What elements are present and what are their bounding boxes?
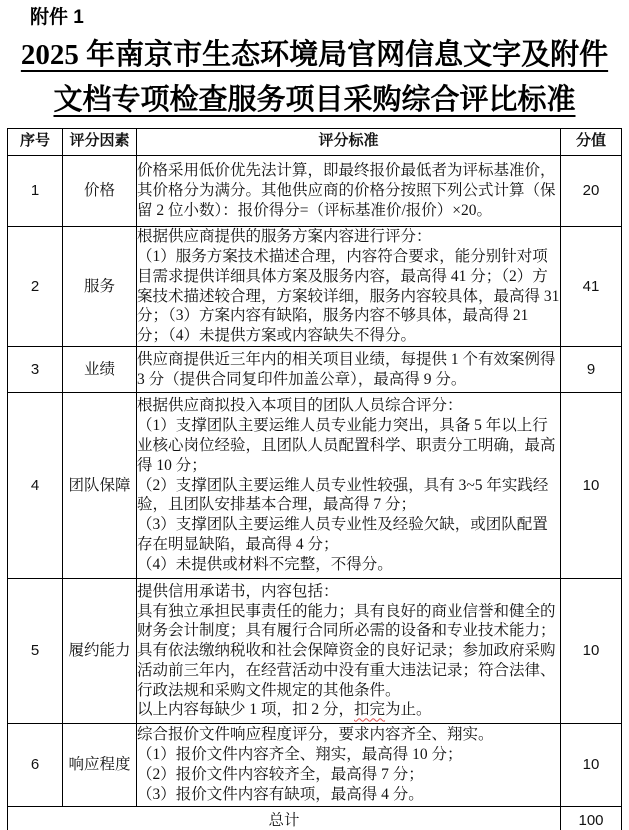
row-score: 10: [561, 393, 622, 579]
table-row-team: 4 团队保障 根据供应商拟投入本项目的团队人员综合评分： （1）支撑团队主要运维…: [8, 393, 622, 579]
attachment-label: 附件 1: [0, 0, 629, 30]
row-factor: 响应程度: [63, 724, 137, 807]
row-score: 9: [561, 347, 622, 393]
title-line-1: 2025 年南京市生态环境局官网信息文字及附件: [21, 39, 608, 71]
criteria-cell: 根据供应商拟投入本项目的团队人员综合评分： （1）支撑团队主要运维人员专业能力突…: [137, 393, 561, 579]
header-no: 序号: [8, 129, 63, 156]
criteria-cell: 根据供应商提供的服务方案内容进行评分： （1）服务方案技术描述合理，内容符合要求…: [137, 227, 561, 347]
row-factor: 服务: [63, 227, 137, 347]
row-no: 1: [8, 156, 63, 227]
row-no: 2: [8, 227, 63, 347]
criteria-cell: 提供信用承诺书，内容包括： 具有独立承担民事责任的能力；具有良好的商业信誉和健全…: [137, 579, 561, 724]
row-score: 10: [561, 579, 622, 724]
table-row-price: 1 价格 价格采用低价优先法计算，即最终报价最低者为评标基准价，其价格分为满分。…: [8, 156, 622, 227]
header-factor: 评分因素: [63, 129, 137, 156]
row-factor: 业绩: [63, 347, 137, 393]
row-no: 5: [8, 579, 63, 724]
criteria-cell: 综合报价文件响应程度评分，要求内容齐全、翔实。 （1）报价文件内容齐全、翔实，最…: [137, 724, 561, 807]
title-line-2: 文档专项检查服务项目采购综合评比标准: [53, 84, 575, 116]
row-factor: 团队保障: [63, 393, 137, 579]
spellcheck-wavy-underline: 扣完: [354, 701, 385, 718]
total-label: 总计: [8, 807, 561, 830]
row-score: 10: [561, 724, 622, 807]
row-no: 3: [8, 347, 63, 393]
evaluation-criteria-table: 序号 评分因素 评分标准 分值 1 价格 价格采用低价优先法计算，即最终报价最低…: [7, 128, 622, 830]
table-row-performance: 3 业绩 供应商提供近三年内的相关项目业绩，每提供 1 个有效案例得 3 分（提…: [8, 347, 622, 393]
table-row-service: 2 服务 根据供应商提供的服务方案内容进行评分： （1）服务方案技术描述合理，内…: [8, 227, 622, 347]
table-header-row: 序号 评分因素 评分标准 分值: [8, 129, 622, 156]
row-factor: 履约能力: [63, 579, 137, 724]
criteria-cell: 供应商提供近三年内的相关项目业绩，每提供 1 个有效案例得 3 分（提供合同复印…: [137, 347, 561, 393]
row-no: 4: [8, 393, 63, 579]
row-score: 41: [561, 227, 622, 347]
row-score: 20: [561, 156, 622, 227]
criteria-cell: 价格采用低价优先法计算，即最终报价最低者为评标基准价，其价格分为满分。其他供应商…: [137, 156, 561, 227]
table-row-responsiveness: 6 响应程度 综合报价文件响应程度评分，要求内容齐全、翔实。 （1）报价文件内容…: [8, 724, 622, 807]
table-row-capability: 5 履约能力 提供信用承诺书，内容包括： 具有独立承担民事责任的能力；具有良好的…: [8, 579, 622, 724]
header-score: 分值: [561, 129, 622, 156]
total-score: 100: [561, 807, 622, 830]
page-title: 2025 年南京市生态环境局官网信息文字及附件文档专项检查服务项目采购综合评比标…: [0, 33, 629, 123]
row-factor: 价格: [63, 156, 137, 227]
row-no: 6: [8, 724, 63, 807]
table-footer-row: 总计 100: [8, 807, 622, 830]
header-criteria: 评分标准: [137, 129, 561, 156]
